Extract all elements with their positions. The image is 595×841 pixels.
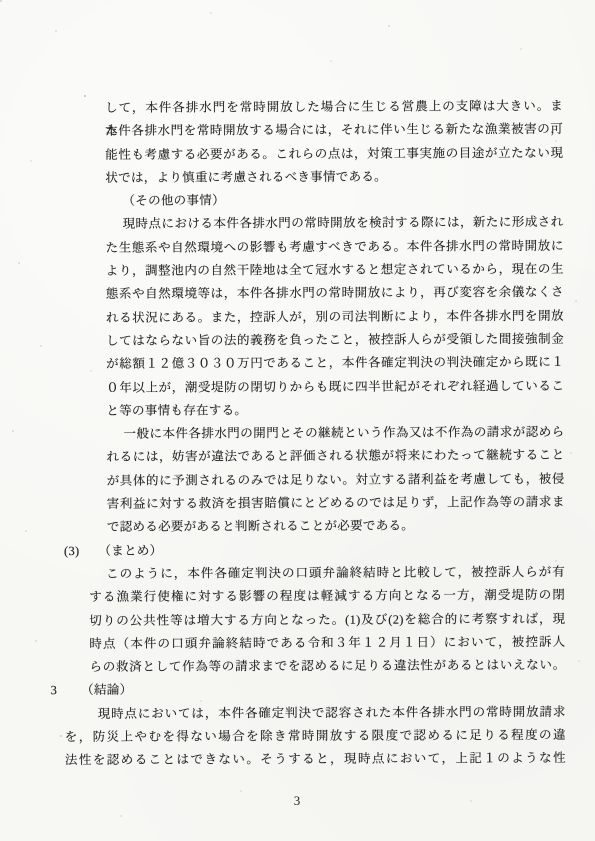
paragraph-conclusion: 現時点においては，本件各確定判決で認容された本件各排水門の常時開放請求 を，防災…	[65, 701, 566, 773]
text-line: れる状況にある。また，控訴人が，別の司法判断により，本件各排水門を開放	[106, 305, 564, 330]
text-line: れるには，妨害が違法であると評価される状態が将来にわたって継続すること	[107, 444, 565, 469]
paragraph-ecosystem-circumstances: 現時点における本件各排水門の常時開放を検討する際には，新たに形成され た生態系や…	[106, 211, 565, 423]
text-line: 現時点における本件各排水門の常時開放を検討する際には，新たに形成され	[106, 211, 564, 236]
text-line: 害利益に対する救済を損害賠償にとどめるのでは足りず，上記作為等の請求ま	[107, 491, 565, 516]
heading-summary-number: (3)	[64, 540, 80, 563]
page-text-block: して，本件各排水門を常時開放した場合に生じる営農上の支障は大きい。また， 本件各…	[0, 95, 595, 773]
text-line: 態系や自然環境等は，本件各排水門の常時開放により，再び変容を余儀なくさ	[106, 281, 564, 306]
text-line: 能性も考慮する必要がある。これらの点は，対策工事実施の目途が立たない現	[105, 141, 563, 166]
text-line: 状では，より慎重に考慮されるべき事情である。	[105, 165, 563, 190]
text-line: 本件各排水門を常時開放する場合には，それに伴い生じる新たな漁業被害の可	[105, 118, 563, 143]
text-line: 現時点においては，本件各確定判決で認容された本件各排水門の常時開放請求	[65, 701, 566, 726]
scanned-judgment-page: して，本件各排水門を常時開放した場合に生じる営農上の支障は大きい。また， 本件各…	[0, 0, 595, 841]
heading-conclusion: 3 （結論）	[51, 677, 595, 703]
text-line: らの救済として作為等の請求までを認めるに足りる違法性があるとはいえない。	[89, 654, 565, 679]
text-line: 時点（本件の口頭弁論終結時である令和３年１２月１日）において，被控訴人	[89, 631, 565, 656]
heading-summary-label: （まとめ）	[98, 539, 162, 563]
text-line: 法性を認めることはできない。そうすると，現時点において，上記１のような性	[65, 747, 566, 772]
text-line: た生態系や自然環境への影響も考慮すべきである。本件各排水門の常時開放に	[106, 235, 564, 260]
text-line: 一般に本件各排水門の開門とその継続という作為又は不作為の請求が認めら	[106, 421, 564, 446]
heading-conclusion-label: （結論）	[81, 679, 132, 703]
paragraph-agriculture-impact: して，本件各排水門を常時開放した場合に生じる営農上の支障は大きい。また， 本件各…	[105, 95, 563, 190]
page-number: 3	[0, 793, 595, 809]
heading-conclusion-number: 3	[51, 679, 58, 702]
paragraph-legal-standard: 一般に本件各排水門の開門とその継続という作為又は不作為の請求が認めら れるには，…	[106, 421, 565, 539]
text-line: で認める必要があると判断されることが必要である。	[107, 514, 565, 539]
text-line: して，本件各排水門を常時開放した場合に生じる営農上の支障は大きい。また，	[105, 95, 563, 120]
subheading-other-circumstances: （その他の事情）	[122, 188, 595, 213]
heading-summary: (3) （まとめ）	[64, 537, 595, 563]
text-line: 切りの公共性等は増大する方向となった。(1)及び(2)を総合的に考察すれば，現	[89, 607, 565, 632]
text-line: する漁業行使権に対する影響の程度は軽減する方向となる一方，潮受堤防の閉	[89, 584, 565, 609]
text-line: このように，本件各確定判決の口頭弁論終結時と比較して，被控訴人らが有	[89, 561, 565, 586]
scan-noise-speckles	[0, 0, 2, 2]
text-line: が総額１２億３０３０万円であること，本件各確定判決の判決確定から既に１	[106, 351, 564, 376]
text-line: ０年以上が，潮受堤防の閉切りからも既に四半世紀がそれぞれ経過しているこ	[106, 374, 564, 399]
text-line: してはならない旨の法的義務を負ったこと，被控訴人らが受領した間接強制金	[106, 328, 564, 353]
text-line: より，調整池内の自然干陸地は全て冠水すると想定されているから，現在の生	[106, 258, 564, 283]
text-line: と等の事情も存在する。	[106, 398, 564, 423]
text-line: を，防災上やむを得ない場合を除き常時開放する限度で認めるに足りる程度の違	[65, 724, 566, 749]
paragraph-summary: このように，本件各確定判決の口頭弁論終結時と比較して，被控訴人らが有 する漁業行…	[89, 561, 566, 680]
text-line: が具体的に予測されるのみでは足りない。対立する諸利益を考慮しても，被侵	[107, 468, 565, 493]
